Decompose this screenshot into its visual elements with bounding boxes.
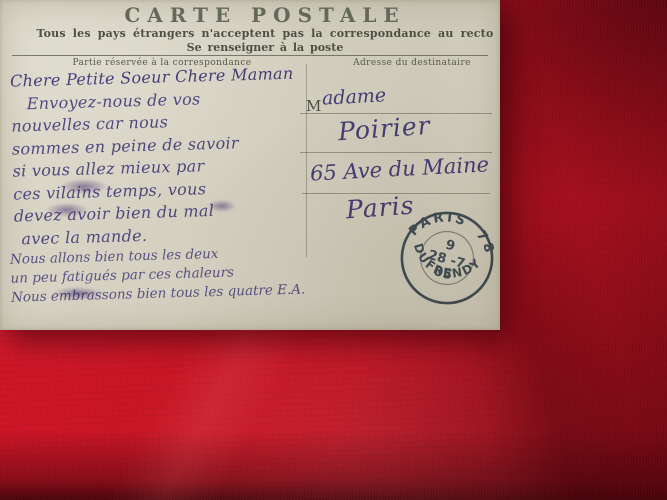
postcard: CARTE POSTALE Tous les pays étrangers n'… [0,0,500,330]
address-name-suffix: adame [321,84,386,109]
ink-blot [46,203,88,217]
address-surname: Poirier [337,111,431,146]
postcard-title: CARTE POSTALE [0,3,500,27]
postmark-year: 05 [432,264,454,283]
printed-madame-initial: M [306,97,321,115]
notice-line-1: Tous les pays étrangers n'acceptent pas … [0,27,500,40]
ink-blot [208,200,236,212]
postcard-shadow-wrapper: CARTE POSTALE Tous les pays étrangers n'… [0,0,667,500]
notice-line-2: Se renseigner à la poste [0,41,500,54]
address-column-label: Adresse du destinataire [332,58,492,68]
header-divider-line [12,55,488,56]
ink-blot [53,287,103,300]
ink-blot [60,179,108,194]
